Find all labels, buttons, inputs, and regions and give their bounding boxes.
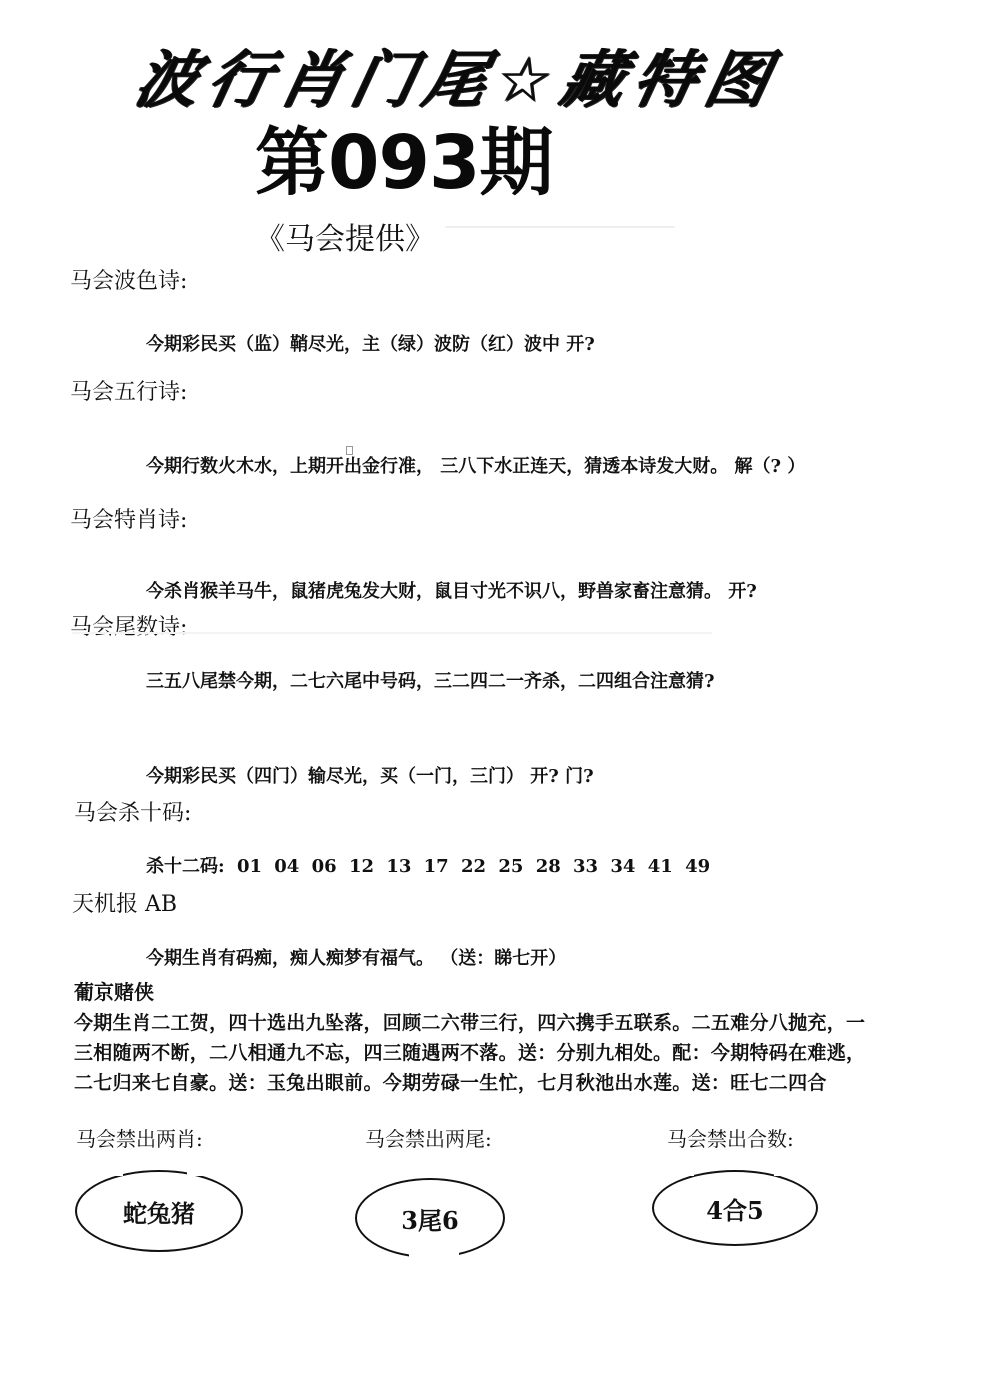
kill-number: 49 — [685, 856, 710, 877]
kill-number: 33 — [573, 856, 598, 877]
tail-number-poem: 三五八尾禁今期，二七六尾中号码，三二四二一齐杀，二四组合注意猜? — [146, 667, 715, 693]
kill-number: 28 — [536, 856, 561, 877]
five-elements-poem: 今期行数火木水，上期开出金行准， 三八下水正连天，猜透本诗发大财。 解（? ） — [146, 452, 805, 478]
kill-number: 01 — [237, 856, 262, 877]
kill-numbers-line: 杀十二码: 01 04 06 12 13 17 22 25 28 33 34 4… — [146, 852, 710, 878]
ban-label-zodiac: 马会禁出两肖: — [76, 1123, 203, 1152]
ban-oval-zodiac: 蛇兔猪 — [75, 1170, 243, 1252]
section-heading-tail-number: 马会尾数诗: — [70, 610, 187, 641]
section-heading-tianji: 天机报 AB — [72, 887, 177, 918]
ban-label-tail: 马会禁出两尾: — [365, 1123, 492, 1152]
provider-label: 《马会提供》 — [255, 214, 435, 258]
wave-color-poem: 今期彩民买（监）鞘尽光，主（绿）波防（红）波中 开? — [146, 330, 595, 356]
kill-number: 34 — [610, 856, 635, 877]
section-heading-wave-color: 马会波色诗: — [70, 264, 187, 295]
ban-oval-tail: 3尾6 — [355, 1178, 505, 1258]
ban-value-sum: 4合5 — [706, 1191, 763, 1226]
section-heading-five-elements: 马会五行诗: — [70, 375, 187, 406]
kill-number: 22 — [461, 856, 486, 877]
pujing-line: 今期生肖二工贺，四十选出九坠落，回顾二六带三行，四六携手五联系。二五难分八抛充，… — [74, 1008, 865, 1035]
ban-label-sum: 马会禁出合数: — [667, 1123, 794, 1152]
pujing-line: 三相随两不断，二八相通九不忘，四三随遇两不落。送：分别九相处。配：今期特码在难逃… — [74, 1038, 865, 1065]
section-heading-pujing: 葡京赌侠 — [74, 976, 154, 1005]
special-zodiac-poem: 今杀肖猴羊马牛，鼠猪虎兔发大财，鼠目寸光不识八，野兽家畜注意猜。 开? — [146, 577, 757, 603]
ban-oval-sum: 4合5 — [652, 1170, 818, 1246]
kill-number: 06 — [312, 856, 337, 877]
kill-number: 41 — [648, 856, 673, 877]
ban-value-zodiac: 蛇兔猪 — [123, 1194, 195, 1229]
faint-divider — [72, 632, 712, 634]
kill-number: 25 — [498, 856, 523, 877]
section-heading-kill-numbers: 马会杀十码: — [74, 796, 191, 827]
kill-numbers-label: 杀十二码: — [146, 856, 225, 877]
ban-value-tail: 3尾6 — [401, 1201, 458, 1236]
kill-number: 13 — [386, 856, 411, 877]
section-heading-special-zodiac: 马会特肖诗: — [70, 503, 187, 534]
pujing-line: 二七归来七自豪。送：玉兔出眼前。今期劳碌一生忙，七月秋池出水莲。送：旺七二四合 — [74, 1068, 827, 1095]
kill-number: 17 — [424, 856, 449, 877]
door-poem: 今期彩民买（四门）输尽光，买（一门，三门） 开? 门? — [146, 762, 594, 788]
issue-number: 第093期 — [255, 104, 552, 210]
faint-divider — [445, 226, 675, 228]
kill-number: 04 — [274, 856, 299, 877]
kill-number: 12 — [349, 856, 374, 877]
tianji-poem: 今期生肖有码痴，痴人痴梦有福气。 （送：睇七开） — [146, 944, 566, 970]
